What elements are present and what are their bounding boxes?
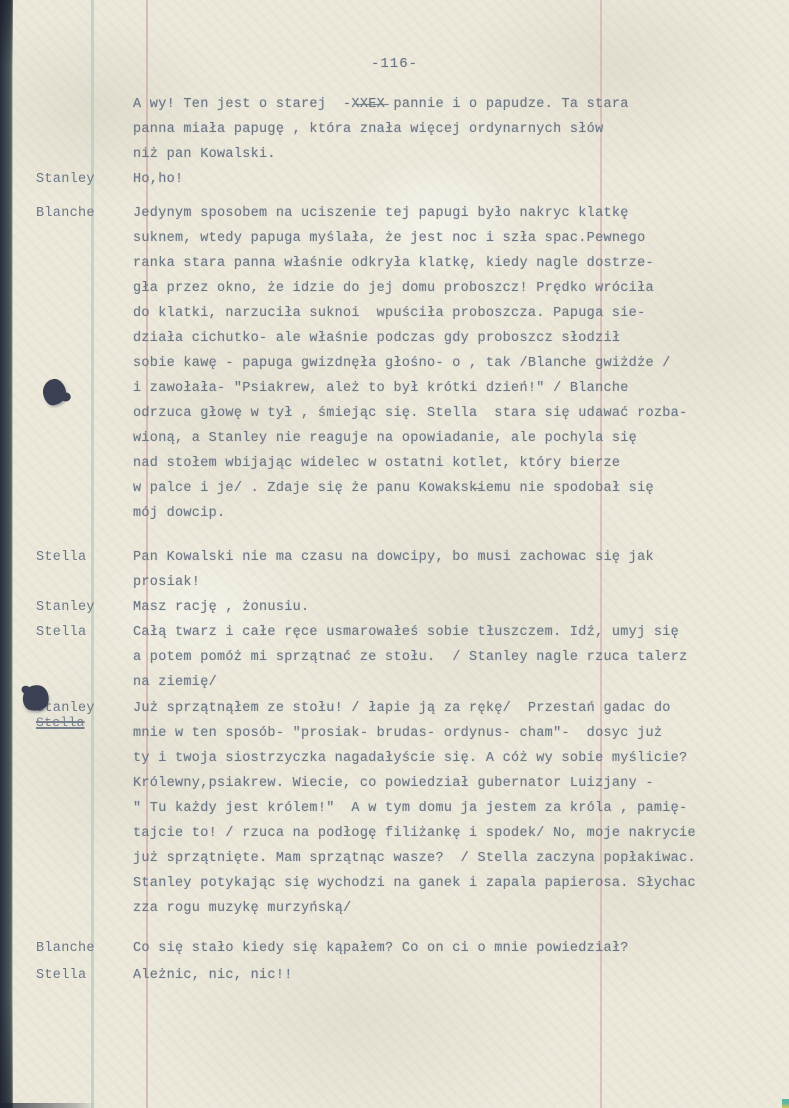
speech-lines: A wy! Ten jest o starej -X̶X̶E̶X̶ pannie… xyxy=(133,92,629,167)
script-line: " Tu każdy jest królem!" A w tym domu ja… xyxy=(133,796,696,821)
speech-lines: Całą twarz i całe ręce usmarowałeś sobie… xyxy=(133,620,688,695)
speaker-label: Stanley xyxy=(36,595,133,620)
dialogue-entry: StellaCałą twarz i całe ręce usmarowałeś… xyxy=(0,620,789,695)
script-line: nad stołem wbijając widelec w ostatni ko… xyxy=(133,451,688,476)
speaker-label: Stella xyxy=(36,620,133,645)
script-line: suknem, wtedy papuga myślała, że jest no… xyxy=(133,226,688,251)
script-line: a potem pomóż mi sprzątnać ze stołu. / S… xyxy=(133,645,688,670)
script-line: do klatki, narzuciła suknoi wpuściła pro… xyxy=(133,301,688,326)
script-line: Już sprzątnąłem ze stołu! / łapie ją za … xyxy=(133,696,696,721)
script-line: sobie kawę - papuga gwizdnęła głośno- o … xyxy=(133,351,688,376)
script-line: odrzuca głowę w tył , śmiejąc się. Stell… xyxy=(133,401,688,426)
script-line: Ależnic, nic, nic!! xyxy=(133,963,293,988)
speaker-label: Stanley xyxy=(36,167,133,192)
scan-edge xyxy=(0,1103,96,1108)
struck-speaker-label: Stella xyxy=(36,714,133,732)
speaker-label: Stella xyxy=(36,963,133,988)
script-line: już sprzątnięte. Mam sprzątnąc wasze? / … xyxy=(133,846,696,871)
speech-lines: Już sprzątnąłem ze stołu! / łapie ją za … xyxy=(133,696,696,921)
dialogue-entry: StanleyHo,ho! xyxy=(0,167,789,192)
page-number: -116- xyxy=(0,56,789,72)
script-line: Stanley potykając się wychodzi na ganek … xyxy=(133,871,696,896)
script-line: ty i twoja siostrzyczka nagadałyście się… xyxy=(133,746,696,771)
dialogue-entry: A wy! Ten jest o starej -X̶X̶E̶X̶ pannie… xyxy=(0,92,789,167)
speech-lines: Ho,ho! xyxy=(133,167,183,192)
script-line: Królewny,psiakrew. Wiecie, co powiedział… xyxy=(133,771,696,796)
script-line: ranka stara panna właśnie odkryła klatkę… xyxy=(133,251,688,276)
script-line: mnie w ten sposób- "prosiak- brudas- ord… xyxy=(133,721,696,746)
dialogue-entry: StanleyStellaJuż sprzątnąłem ze stołu! /… xyxy=(0,696,789,921)
script-line: działa cichutko- ale właśnie podczas gdy… xyxy=(133,326,688,351)
script-line: mój dowcip. xyxy=(133,501,688,526)
script-line: wioną, a Stanley nie reaguje na opowiada… xyxy=(133,426,688,451)
typescript-page: -116- A wy! Ten jest o starej -X̶X̶E̶X̶ … xyxy=(0,0,789,1108)
dialogue-entry: StellaAleżnic, nic, nic!! xyxy=(0,963,789,988)
script-line: w palce i je/ . Zdaje się że panu Kowaks… xyxy=(133,476,688,501)
script-line: Całą twarz i całe ręce usmarowałeś sobie… xyxy=(133,620,688,645)
speech-lines: Co się stało kiedy się kąpałem? Co on ci… xyxy=(133,936,629,961)
script-body: A wy! Ten jest o starej -X̶X̶E̶X̶ pannie… xyxy=(0,92,789,988)
speech-lines: Ależnic, nic, nic!! xyxy=(133,963,293,988)
script-line: panna miała papugę , która znała więcej … xyxy=(133,117,629,142)
dialogue-entry: BlancheCo się stało kiedy się kąpałem? C… xyxy=(0,936,789,961)
script-line: na ziemię/ xyxy=(133,670,688,695)
script-line: prosiak! xyxy=(133,570,654,595)
script-line: gła przez okno, że idzie do jej domu pro… xyxy=(133,276,688,301)
speech-lines: Jedynym sposobem na uciszenie tej papugi… xyxy=(133,201,688,526)
script-line: A wy! Ten jest o starej -X̶X̶E̶X̶ pannie… xyxy=(133,92,629,117)
script-line: Co się stało kiedy się kąpałem? Co on ci… xyxy=(133,936,629,961)
speech-lines: Pan Kowalski nie ma czasu na dowcipy, bo… xyxy=(133,545,654,595)
dialogue-entry: BlancheJedynym sposobem na uciszenie tej… xyxy=(0,201,789,526)
script-line: tajcie to! / rzuca na podłogę filiżankę … xyxy=(133,821,696,846)
script-line: niż pan Kowalski. xyxy=(133,142,629,167)
dialogue-entry: StellaPan Kowalski nie ma czasu na dowci… xyxy=(0,545,789,595)
speech-lines: Masz rację , żonusiu. xyxy=(133,595,309,620)
dialogue-entry: StanleyMasz rację , żonusiu. xyxy=(0,595,789,620)
speaker-label: Stella xyxy=(36,545,133,570)
script-line: Pan Kowalski nie ma czasu na dowcipy, bo… xyxy=(133,545,654,570)
script-line: i zawołała- "Psiakrew, ależ to był krótk… xyxy=(133,376,688,401)
speaker-label: StanleyStella xyxy=(36,696,133,732)
scan-artifact xyxy=(782,1099,789,1108)
script-line: Masz rację , żonusiu. xyxy=(133,595,309,620)
script-line: Jedynym sposobem na uciszenie tej papugi… xyxy=(133,201,688,226)
speaker-label: Blanche xyxy=(36,936,133,961)
script-line: zza rogu muzykę murzyńską/ xyxy=(133,896,696,921)
speaker-label: Blanche xyxy=(36,201,133,226)
script-line: Ho,ho! xyxy=(133,167,183,192)
